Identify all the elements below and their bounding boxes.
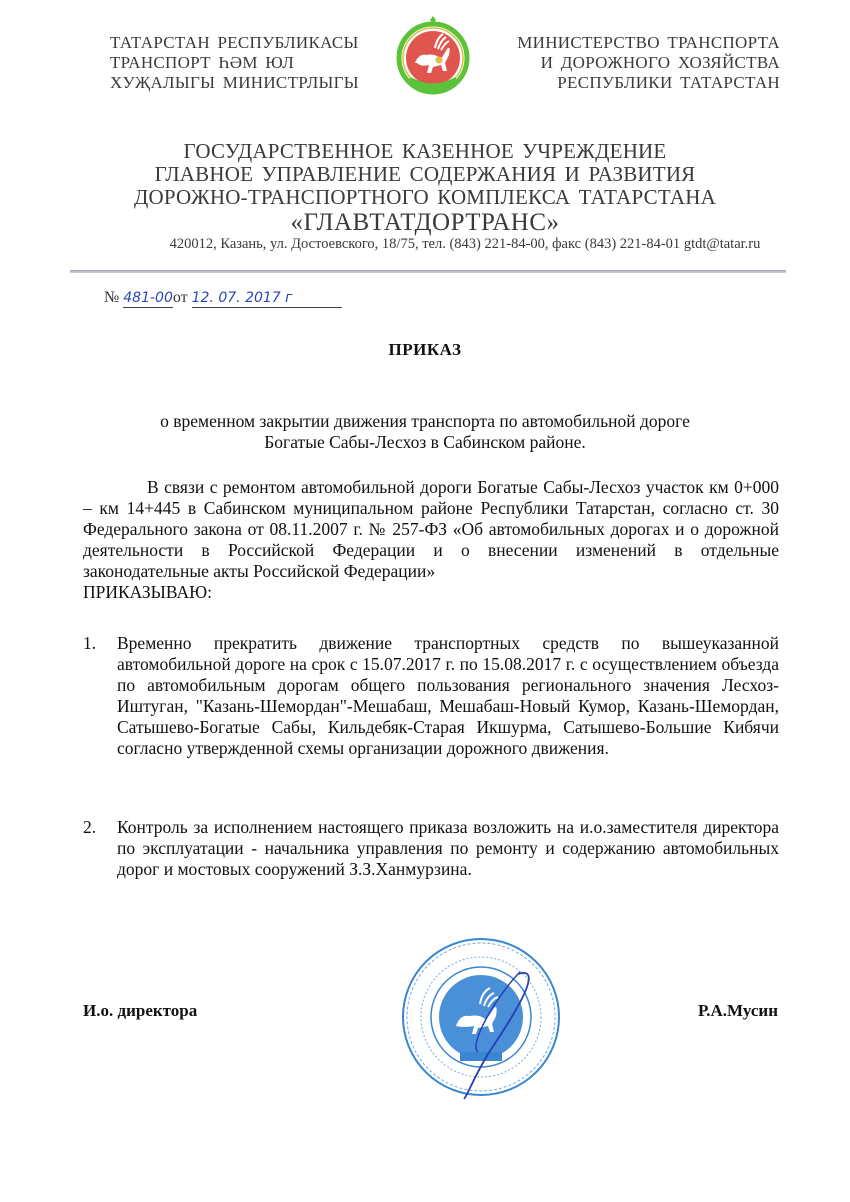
header-left-line: ТРАНСПОРТ ҺӘМ ЮЛ <box>110 53 359 73</box>
order-item: 2. Контроль за исполнением настоящего пр… <box>83 817 779 880</box>
header-left-line: ХУҖАЛЫГЫ МИНИСТРЛЫГЫ <box>110 73 359 93</box>
header-right-line: МИНИСТЕРСТВО ТРАНСПОРТА <box>517 33 780 53</box>
order-item: 1. Временно прекратить движение транспор… <box>83 633 779 759</box>
subject-line: о временном закрытии движения транспорта… <box>0 411 850 432</box>
item-number: 2. <box>83 817 96 838</box>
document-reference: № 481-00от 12. 07. 2017 г <box>104 289 342 308</box>
date-label: от <box>173 289 188 306</box>
subject-line: Богатые Сабы-Лесхоз в Сабинском районе. <box>0 432 850 453</box>
tatarstan-coat-of-arms-icon <box>395 8 471 104</box>
item-number: 1. <box>83 633 96 654</box>
preamble-paragraph: В связи с ремонтом автомобильной дороги … <box>83 477 779 603</box>
email-text: gtdt@tatar.ru <box>684 236 761 252</box>
number-label: № <box>104 289 119 306</box>
address-text: 420012, Казань, ул. Достоевского, 18/75,… <box>170 236 681 252</box>
signatory-name: Р.А.Мусин <box>698 1001 778 1021</box>
handwritten-number: 481-00 <box>123 290 173 306</box>
order-word: ПРИКАЗЫВАЮ: <box>83 582 779 603</box>
organization-line: ГОСУДАРСТВЕННОЕ КАЗЕННОЕ УЧРЕЖДЕНИЕ <box>0 140 850 163</box>
organization-block: ГОСУДАРСТВЕННОЕ КАЗЕННОЕ УЧРЕЖДЕНИЕ ГЛАВ… <box>0 140 850 237</box>
header-divider <box>70 270 786 273</box>
organization-line: ДОРОЖНО-ТРАНСПОРТНОГО КОМПЛЕКСА ТАТАРСТА… <box>0 186 850 209</box>
round-seal-icon <box>398 934 564 1100</box>
ministry-russian-name: МИНИСТЕРСТВО ТРАНСПОРТА И ДОРОЖНОГО ХОЗЯ… <box>517 33 780 93</box>
header-right-line: И ДОРОЖНОГО ХОЗЯЙСТВА <box>517 53 780 73</box>
document-subject: о временном закрытии движения транспорта… <box>0 411 850 453</box>
organization-brand: «ГЛАВТАТДОРТРАНС» <box>0 209 850 237</box>
signatory-role: И.о. директора <box>83 1001 197 1021</box>
preamble-text: В связи с ремонтом автомобильной дороги … <box>83 477 779 581</box>
header-left-line: ТАТАРСТАН РЕСПУБЛИКАСЫ <box>110 33 359 53</box>
header-right-line: РЕСПУБЛИКИ ТАТАРСТАН <box>517 73 780 93</box>
organization-line: ГЛАВНОЕ УПРАВЛЕНИЕ СОДЕРЖАНИЯ И РАЗВИТИЯ <box>0 163 850 186</box>
handwritten-date: 12. 07. 2017 г <box>192 290 293 306</box>
document-title: ПРИКАЗ <box>0 340 850 360</box>
address-line: 420012, Казань, ул. Достоевского, 18/75,… <box>0 236 850 253</box>
ministry-tatar-name: ТАТАРСТАН РЕСПУБЛИКАСЫ ТРАНСПОРТ ҺӘМ ЮЛ … <box>110 33 359 93</box>
item-text: Контроль за исполнением настоящего прика… <box>117 817 779 880</box>
item-text: Временно прекратить движение транспортны… <box>117 633 779 759</box>
